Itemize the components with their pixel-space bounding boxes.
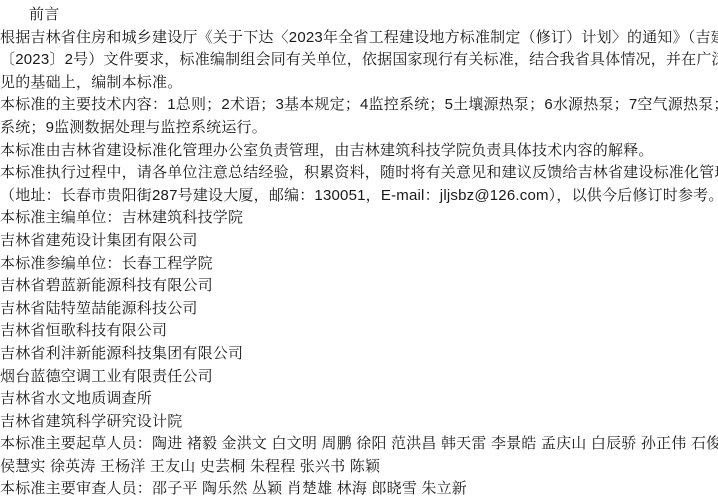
text-line: 吉林省利沣新能源科技集团有限公司 xyxy=(0,343,718,366)
text-line: 本标准主要审查人员：邵子平 陶乐然 丛颖 肖楚雄 林海 郎晓雪 朱立新 xyxy=(0,478,718,501)
text-line: 本标准的主要技术内容：1总则；2术语；3基本规定；4监控系统；5土壤源热泵；6水… xyxy=(0,94,718,117)
text-line: 本标准执行过程中，请各单位注意总结经验，积累资料，随时将有关意见和建议反馈给吉林… xyxy=(0,162,718,185)
text-line: 吉林省陆特堃喆能源科技公司 xyxy=(0,298,718,321)
text-line: 吉林省建筑科学研究设计院 xyxy=(0,411,718,434)
document-page: 前言 根据吉林省住房和城乡建设厅《关于下达〈2023年全省工程建设地方标准制定（… xyxy=(0,0,718,504)
text-line: 本标准主编单位：吉林建筑科技学院 xyxy=(0,207,718,230)
text-line: （地址：长春市贵阳街287号建设大厦，邮编：130051，E-mail：jljs… xyxy=(0,185,718,208)
text-line: 本标准主要起草人员：陶进 褚毅 金洪文 白文明 周鹏 徐阳 范洪昌 韩天雷 李景… xyxy=(0,433,718,456)
text-line: 见的基础上，编制本标准。 xyxy=(0,72,718,95)
text-line: 侯慧实 徐英涛 王杨洋 王友山 史芸桐 朱程程 张兴书 陈颖 xyxy=(0,456,718,479)
text-line: 本标准由吉林省建设标准化管理办公室负责管理，由吉林建筑科技学院负责具体技术内容的… xyxy=(0,140,718,163)
text-line: 根据吉林省住房和城乡建设厅《关于下达〈2023年全省工程建设地方标准制定（修订）… xyxy=(0,27,718,50)
text-line: 吉林省建苑设计集团有限公司 xyxy=(0,230,718,253)
text-line: 吉林省碧蓝新能源科技有限公司 xyxy=(0,275,718,298)
text-line: 烟台蓝德空调工业有限责任公司 xyxy=(0,366,718,389)
text-line: 吉林省恒歌科技有限公司 xyxy=(0,320,718,343)
text-line: 吉林省水文地质调查所 xyxy=(0,388,718,411)
text-line: 本标准参编单位：长春工程学院 xyxy=(0,253,718,276)
text-line: 〔2023〕2号）文件要求，标准编制组会同有关单位，依据国家现行有关标准，结合我… xyxy=(0,49,718,72)
page-title: 前言 xyxy=(0,4,718,27)
text-line: 系统；9监测数据处理与监控系统运行。 xyxy=(0,117,718,140)
